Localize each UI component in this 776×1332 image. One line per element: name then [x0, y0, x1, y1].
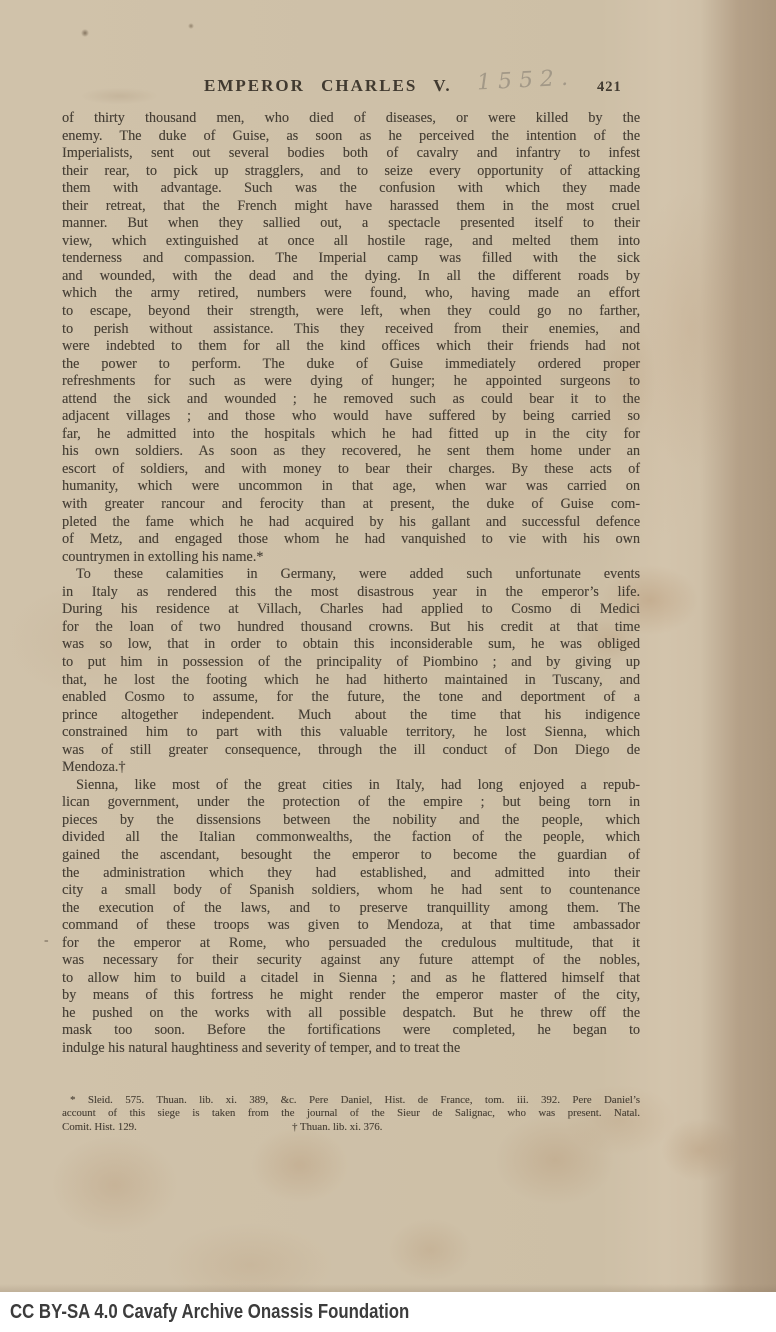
- text-line: Mendoza.†: [62, 759, 640, 777]
- text-line: in Italy as rendered this the most disas…: [62, 584, 640, 602]
- paragraphs-container: of thirty thousand men, who died of dise…: [62, 110, 640, 1058]
- text-line: of thirty thousand men, who died of dise…: [62, 110, 640, 128]
- text-line: their retreat, that the French might hav…: [62, 198, 640, 216]
- text-line: prince altogether independent. Much abou…: [62, 707, 640, 725]
- text-line: constrained him to part with this valuab…: [62, 724, 640, 742]
- paragraph: Sienna, like most of the great cities in…: [62, 777, 640, 1058]
- text-block: - of thirty thousand men, who died of di…: [62, 110, 640, 1134]
- footnote-citation: Comit. Hist. 129.: [62, 1121, 137, 1133]
- book-page-scan: EMPEROR CHARLES V. 1552. 421 - of thirty…: [0, 0, 776, 1292]
- text-line: enabled Cosmo to assume, for the future,…: [62, 689, 640, 707]
- text-line: Imperialists, sent out several bodies bo…: [62, 145, 640, 163]
- paragraph: of thirty thousand men, who died of dise…: [62, 110, 640, 566]
- text-line: indulge his natural haughtiness and seve…: [62, 1040, 640, 1058]
- text-line: enemy. The duke of Guise, as soon as he …: [62, 128, 640, 146]
- text-line: he pushed on the works with all possible…: [62, 1005, 640, 1023]
- text-line: their rear, to pick up stragglers, and t…: [62, 163, 640, 181]
- license-bar: CC BY-SA 4.0 Cavafy Archive Onassis Foun…: [0, 1292, 776, 1332]
- text-line: pieces by the dissensions between the no…: [62, 812, 640, 830]
- text-line: refreshments for such as were dying of h…: [62, 373, 640, 391]
- license-text: CC BY-SA 4.0 Cavafy Archive Onassis Foun…: [10, 1301, 409, 1324]
- text-line: was so low, that in order to obtain this…: [62, 636, 640, 654]
- text-line: that, he lost the footing which he had h…: [62, 672, 640, 690]
- running-title: EMPEROR CHARLES V.: [204, 76, 452, 96]
- margin-pencil-mark: -: [44, 932, 48, 948]
- text-line: to allow him to build a citadel in Sienn…: [62, 970, 640, 988]
- text-line: divided all the Italian commonwealths, t…: [62, 829, 640, 847]
- text-line: to put him in possession of the principa…: [62, 654, 640, 672]
- footnote-line: Comit. Hist. 129. † Thuan. lib. xi. 376.: [62, 1121, 640, 1135]
- page-number: 421: [597, 79, 622, 96]
- text-line: and wounded, with the dead and the dying…: [62, 268, 640, 286]
- text-line: far, he admitted into the hospitals whic…: [62, 426, 640, 444]
- text-line: adjacent villages ; and those who would …: [62, 408, 640, 426]
- text-line: countrymen in extolling his name.*: [62, 549, 640, 567]
- footnote-line: account of this siege is taken from the …: [62, 1107, 640, 1121]
- text-line: were indebted to them for all the kind o…: [62, 338, 640, 356]
- text-line: by means of this fortress he might rende…: [62, 987, 640, 1005]
- footnote-dagger-citation: † Thuan. lib. xi. 376.: [292, 1121, 382, 1135]
- text-line: attend the sick and wounded ; he removed…: [62, 391, 640, 409]
- text-line: which the army retired, numbers were fou…: [62, 285, 640, 303]
- text-line: his own soldiers. As soon as they recove…: [62, 443, 640, 461]
- text-line: To these calamities in Germany, were add…: [62, 566, 640, 584]
- text-line: was of still greater consequence, throug…: [62, 742, 640, 760]
- text-line: to perish without assistance. This they …: [62, 321, 640, 339]
- text-line: gained the ascendant, besought the emper…: [62, 847, 640, 865]
- text-line: humanity, which were uncommon in that ag…: [62, 478, 640, 496]
- text-line: with greater rancour and ferocity than a…: [62, 496, 640, 514]
- text-line: for the loan of two hundred thousand cro…: [62, 619, 640, 637]
- text-line: city a small body of Spanish soldiers, w…: [62, 882, 640, 900]
- text-line: to escape, beyond their strength, were l…: [62, 303, 640, 321]
- text-line: tenderness and compassion. The Imperial …: [62, 250, 640, 268]
- text-line: pleted the fame which he had acquired by…: [62, 514, 640, 532]
- text-line: mask too soon. Before the fortifications…: [62, 1022, 640, 1040]
- text-line: Sienna, like most of the great cities in…: [62, 777, 640, 795]
- paragraph: To these calamities in Germany, were add…: [62, 566, 640, 777]
- text-line: them with advantage. Such was the confus…: [62, 180, 640, 198]
- text-line: view, which extinguished at once all hos…: [62, 233, 640, 251]
- text-line: the administration which they had establ…: [62, 865, 640, 883]
- handwritten-year-annotation: 1552.: [476, 65, 575, 95]
- text-line: command of these troops was given to Men…: [62, 917, 640, 935]
- footnote-block: * Sleid. 575. Thuan. lib. xi. 389, &c. P…: [62, 1094, 640, 1135]
- text-line: was necessary for their security against…: [62, 952, 640, 970]
- text-line: lican government, under the protection o…: [62, 794, 640, 812]
- text-line: the power to perform. The duke of Guise …: [62, 356, 640, 374]
- text-line: escort of soldiers, and with money to be…: [62, 461, 640, 479]
- footnote-line: * Sleid. 575. Thuan. lib. xi. 389, &c. P…: [62, 1094, 640, 1108]
- text-line: the execution of the laws, and to preser…: [62, 900, 640, 918]
- text-line: of Metz, and engaged those whom he had v…: [62, 531, 640, 549]
- text-line: During his residence at Villach, Charles…: [62, 601, 640, 619]
- text-line: manner. But when they sallied out, a spe…: [62, 215, 640, 233]
- text-line: for the emperor at Rome, who persuaded t…: [62, 935, 640, 953]
